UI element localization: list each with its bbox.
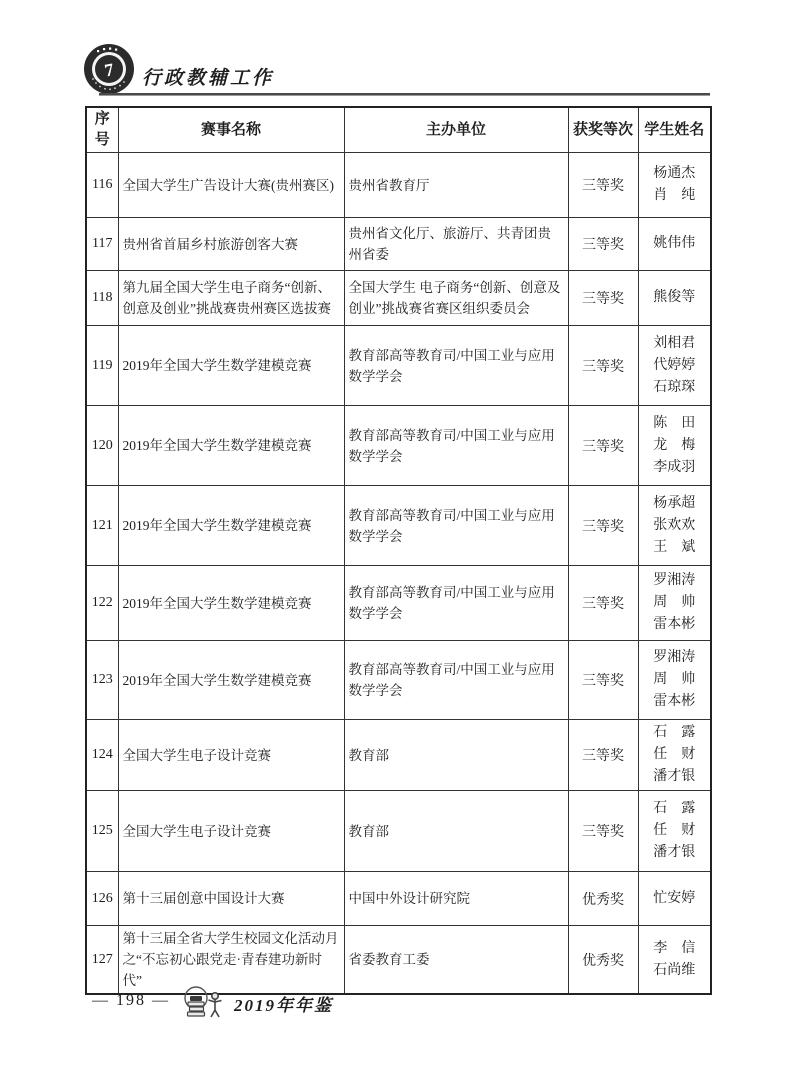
student-name: 李 信	[639, 938, 711, 960]
student-name: 忙安婷	[639, 888, 711, 910]
yearbook-title: 2019年年鉴	[234, 991, 333, 1016]
organizer-cell: 教育部高等教育司/中国工业与应用数学学会	[344, 486, 568, 566]
event-name-cell: 第十三届创意中国设计大赛	[118, 872, 344, 926]
student-names-cell: 罗湘涛周 帅雷本彬	[638, 566, 711, 641]
row-number-cell: 126	[86, 872, 118, 926]
student-name: 李成羽	[639, 457, 711, 479]
student-names-cell: 杨承超张欢欢王 斌	[638, 486, 711, 566]
student-name: 熊俊等	[639, 287, 711, 309]
student-name: 张欢欢	[639, 515, 711, 537]
student-names-cell: 罗湘涛周 帅雷本彬	[638, 641, 711, 720]
row-number-cell: 117	[86, 218, 118, 271]
award-level-cell: 三等奖	[568, 791, 638, 872]
student-names-cell: 石 露任 财潘才银	[638, 720, 711, 791]
student-name: 周 帅	[639, 592, 711, 614]
organizer-cell: 中国中外设计研究院	[344, 872, 568, 926]
student-name: 杨承超	[639, 493, 711, 515]
student-name: 姚伟伟	[639, 233, 711, 255]
student-names-cell: 陈 田龙 梅李成羽	[638, 406, 711, 486]
column-header-students: 学生姓名	[638, 107, 711, 153]
student-names-cell: 杨通杰肖 纯	[638, 153, 711, 218]
column-header-organizer: 主办单位	[344, 107, 568, 153]
award-level-cell: 三等奖	[568, 486, 638, 566]
row-number-cell: 121	[86, 486, 118, 566]
organizer-cell: 教育部高等教育司/中国工业与应用数学学会	[344, 406, 568, 486]
award-level-cell: 三等奖	[568, 271, 638, 326]
student-names-cell: 石 露任 财潘才银	[638, 791, 711, 872]
table-row: 126第十三届创意中国设计大赛中国中外设计研究院优秀奖忙安婷	[86, 872, 711, 926]
student-name: 石 露	[639, 798, 711, 820]
student-names-cell: 姚伟伟	[638, 218, 711, 271]
table-row: 1232019年全国大学生数学建模竞赛教育部高等教育司/中国工业与应用数学学会三…	[86, 641, 711, 720]
table-row: 1222019年全国大学生数学建模竞赛教育部高等教育司/中国工业与应用数学学会三…	[86, 566, 711, 641]
award-level-cell: 三等奖	[568, 326, 638, 406]
university-seal-logo: 7	[83, 43, 135, 95]
award-level-cell: 三等奖	[568, 566, 638, 641]
column-header-award: 获奖等次	[568, 107, 638, 153]
organizer-cell: 教育部高等教育司/中国工业与应用数学学会	[344, 566, 568, 641]
row-number-cell: 116	[86, 153, 118, 218]
event-name-cell: 2019年全国大学生数学建模竞赛	[118, 566, 344, 641]
student-name: 雷本彬	[639, 691, 711, 713]
section-title: 行政教辅工作	[142, 63, 274, 90]
event-name-cell: 2019年全国大学生数学建模竞赛	[118, 326, 344, 406]
header-rule	[99, 93, 710, 96]
organizer-cell: 教育部	[344, 720, 568, 791]
student-name: 龙 梅	[639, 435, 711, 457]
student-name: 肖 纯	[639, 185, 711, 207]
column-header-no: 序号	[86, 107, 118, 153]
table-row: 125全国大学生电子设计竞赛教育部三等奖石 露任 财潘才银	[86, 791, 711, 872]
student-name: 石尚维	[639, 960, 711, 982]
yearbook-logo-icon	[180, 984, 226, 1022]
university-seal-icon: 7	[83, 43, 135, 95]
yearbook-page: 7 行政教辅工作 序号 赛事名称 主办单	[0, 0, 793, 1077]
event-name-cell: 全国大学生电子设计竞赛	[118, 791, 344, 872]
organizer-cell: 教育部高等教育司/中国工业与应用数学学会	[344, 326, 568, 406]
event-name-cell: 全国大学生广告设计大赛(贵州赛区)	[118, 153, 344, 218]
student-name: 陈 田	[639, 413, 711, 435]
row-number-cell: 119	[86, 326, 118, 406]
student-name: 任 财	[639, 820, 711, 842]
row-number-cell: 123	[86, 641, 118, 720]
award-level-cell: 三等奖	[568, 406, 638, 486]
table-row: 116全国大学生广告设计大赛(贵州赛区)贵州省教育厅三等奖杨通杰肖 纯	[86, 153, 711, 218]
student-name: 代婷婷	[639, 355, 711, 377]
student-name: 罗湘涛	[639, 570, 711, 592]
row-number-cell: 122	[86, 566, 118, 641]
award-level-cell: 三等奖	[568, 153, 638, 218]
student-name: 任 财	[639, 744, 711, 766]
student-name: 潘才银	[639, 842, 711, 864]
student-name: 罗湘涛	[639, 647, 711, 669]
event-name-cell: 第九届全国大学生电子商务“创新、创意及创业”挑战赛贵州赛区选拔赛	[118, 271, 344, 326]
organizer-cell: 贵州省教育厅	[344, 153, 568, 218]
page-number: — 198 —	[92, 992, 170, 1010]
organizer-cell: 贵州省文化厅、旅游厅、共青团贵州省委	[344, 218, 568, 271]
organizer-cell: 教育部	[344, 791, 568, 872]
table-row: 124全国大学生电子设计竞赛教育部三等奖石 露任 财潘才银	[86, 720, 711, 791]
row-number-cell: 124	[86, 720, 118, 791]
student-name: 周 帅	[639, 669, 711, 691]
awards-table-body: 116全国大学生广告设计大赛(贵州赛区)贵州省教育厅三等奖杨通杰肖 纯117贵州…	[86, 153, 711, 995]
organizer-cell: 全国大学生 电子商务“创新、创意及创业”挑战赛省赛区组织委员会	[344, 271, 568, 326]
page-footer: — 198 — 2019年年鉴	[0, 984, 793, 1024]
row-number-cell: 120	[86, 406, 118, 486]
row-number-cell: 125	[86, 791, 118, 872]
award-level-cell: 三等奖	[568, 720, 638, 791]
student-name: 雷本彬	[639, 614, 711, 636]
award-level-cell: 优秀奖	[568, 872, 638, 926]
student-names-cell: 熊俊等	[638, 271, 711, 326]
student-name: 刘相君	[639, 333, 711, 355]
award-level-cell: 三等奖	[568, 641, 638, 720]
awards-table: 序号 赛事名称 主办单位 获奖等次 学生姓名 116全国大学生广告设计大赛(贵州…	[85, 106, 712, 995]
student-name: 石 露	[639, 722, 711, 744]
table-header-row: 序号 赛事名称 主办单位 获奖等次 学生姓名	[86, 107, 711, 153]
student-names-cell: 忙安婷	[638, 872, 711, 926]
student-names-cell: 刘相君代婷婷石琼琛	[638, 326, 711, 406]
row-number-cell: 118	[86, 271, 118, 326]
event-name-cell: 2019年全国大学生数学建模竞赛	[118, 406, 344, 486]
student-name: 石琼琛	[639, 377, 711, 399]
student-name: 王 斌	[639, 537, 711, 559]
table-row: 117贵州省首届乡村旅游创客大赛贵州省文化厅、旅游厅、共青团贵州省委三等奖姚伟伟	[86, 218, 711, 271]
event-name-cell: 贵州省首届乡村旅游创客大赛	[118, 218, 344, 271]
table-row: 1192019年全国大学生数学建模竞赛教育部高等教育司/中国工业与应用数学学会三…	[86, 326, 711, 406]
table-row: 1202019年全国大学生数学建模竞赛教育部高等教育司/中国工业与应用数学学会三…	[86, 406, 711, 486]
student-name: 杨通杰	[639, 163, 711, 185]
column-header-event: 赛事名称	[118, 107, 344, 153]
student-name: 潘才银	[639, 766, 711, 788]
table-row: 118第九届全国大学生电子商务“创新、创意及创业”挑战赛贵州赛区选拔赛全国大学生…	[86, 271, 711, 326]
table-row: 1212019年全国大学生数学建模竞赛教育部高等教育司/中国工业与应用数学学会三…	[86, 486, 711, 566]
event-name-cell: 2019年全国大学生数学建模竞赛	[118, 641, 344, 720]
event-name-cell: 2019年全国大学生数学建模竞赛	[118, 486, 344, 566]
event-name-cell: 全国大学生电子设计竞赛	[118, 720, 344, 791]
award-level-cell: 三等奖	[568, 218, 638, 271]
organizer-cell: 教育部高等教育司/中国工业与应用数学学会	[344, 641, 568, 720]
